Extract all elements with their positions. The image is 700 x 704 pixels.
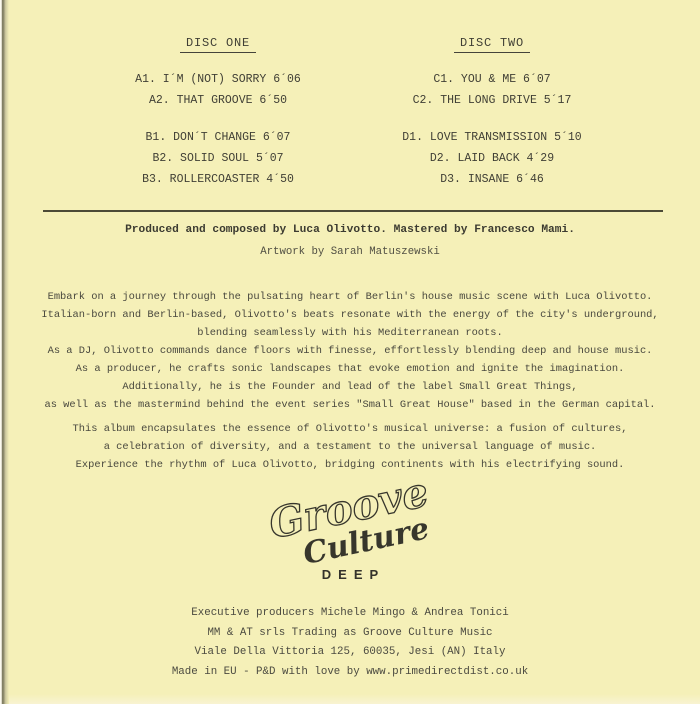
production-credit: Produced and composed by Luca Olivotto. … [0, 224, 700, 236]
disc-two-side-d: D1. LOVE TRANSMISSION 5´10 D2. LAID BACK… [320, 127, 664, 190]
footer-line: Executive producers Michele Mingo & Andr… [0, 604, 700, 624]
bio-line: This album encapsulates the essence of O… [8, 420, 692, 438]
bio-line: As a producer, he crafts sonic landscape… [8, 360, 692, 378]
disc-two-column: DISC TWO C1. YOU & ME 6´07 C2. THE LONG … [320, 33, 664, 190]
disc-one-title: DISC ONE [180, 36, 256, 53]
sleeve-bottom-edge [0, 694, 700, 704]
track-item: D1. LOVE TRANSMISSION 5´10 [320, 127, 664, 148]
groove-culture-logo: Groove Culture [0, 476, 700, 573]
track-item: D3. INSANE 6´46 [320, 169, 664, 190]
sleeve-left-edge [0, 0, 9, 704]
footer-credits: Executive producers Michele Mingo & Andr… [0, 604, 700, 682]
track-item: C2. THE LONG DRIVE 5´17 [320, 90, 664, 111]
track-item: C1. YOU & ME 6´07 [320, 69, 664, 90]
logo-deep-label: DEEP [0, 567, 700, 582]
footer-line: Made in EU - P&D with love by www.primed… [0, 663, 700, 683]
bio-line: Additionally, he is the Founder and lead… [8, 378, 692, 396]
divider-rule [43, 210, 663, 212]
bio-line: Italian-born and Berlin-based, Olivotto'… [8, 306, 692, 324]
footer-line: MM & AT srls Trading as Groove Culture M… [0, 624, 700, 644]
disc-two-side-c: C1. YOU & ME 6´07 C2. THE LONG DRIVE 5´1… [320, 69, 664, 111]
bio-line: Experience the rhythm of Luca Olivotto, … [8, 456, 692, 474]
artwork-credit: Artwork by Sarah Matuszewski [0, 246, 700, 258]
bio-line: Embark on a journey through the pulsatin… [8, 288, 692, 306]
album-back-cover: DISC ONE A1. I´M (NOT) SORRY 6´06 A2. TH… [0, 0, 700, 704]
disc-two-title: DISC TWO [454, 36, 530, 53]
bio-paragraph-1: Embark on a journey through the pulsatin… [8, 288, 692, 414]
track-item: D2. LAID BACK 4´29 [320, 148, 664, 169]
bio-line: as well as the mastermind behind the eve… [8, 396, 692, 414]
bio-line: blending seamlessly with his Mediterrane… [8, 324, 692, 342]
bio-line: a celebration of diversity, and a testam… [8, 438, 692, 456]
bio-paragraph-2: This album encapsulates the essence of O… [8, 420, 692, 474]
bio-line: As a DJ, Olivotto commands dance floors … [8, 342, 692, 360]
logo-script-icon: Groove Culture [268, 476, 432, 568]
footer-line: Viale Della Vittoria 125, 60035, Jesi (A… [0, 643, 700, 663]
